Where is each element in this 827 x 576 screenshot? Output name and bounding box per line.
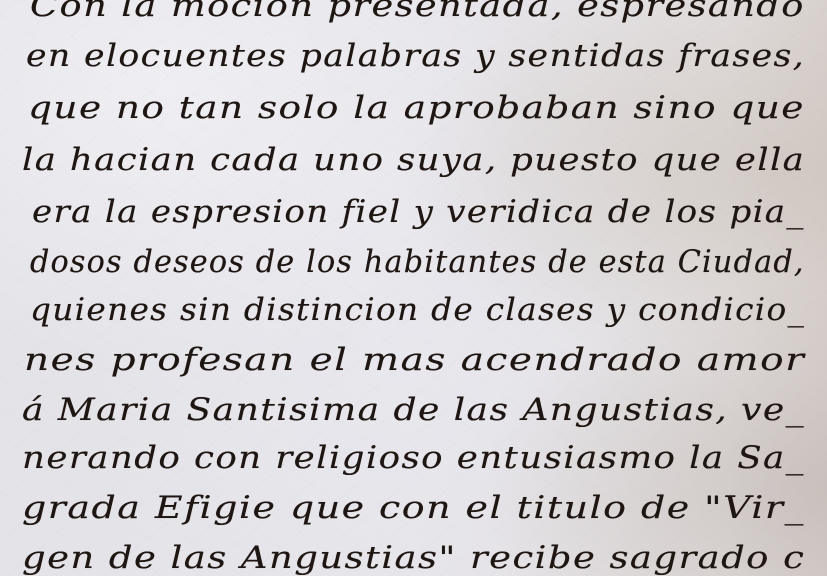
manuscript-line-11: grada Efigie que con el titulo de "Vir_	[22, 490, 805, 526]
manuscript-line-3: que no tan solo la aprobaban sino que	[28, 90, 805, 126]
manuscript-line-10: nerando con religioso entusiasmo la Sa_	[22, 440, 805, 476]
manuscript-page: Con la mocion presentada, espresando en …	[0, 0, 827, 576]
manuscript-line-6: dosos deseos de los habitantes de esta C…	[30, 244, 805, 280]
manuscript-line-9: á Maria Santisima de las Angustias, ve_	[22, 392, 805, 428]
manuscript-line-4: la hacian cada uno suya, puesto que ella	[22, 142, 805, 178]
manuscript-line-5: era la espresion fiel y veridica de los …	[32, 194, 805, 230]
manuscript-line-12: gen de las Angustias" recibe sagrado c	[22, 540, 805, 576]
manuscript-line-8: nes profesan el mas acendrado amor	[24, 342, 805, 378]
manuscript-line-1: Con la mocion presentada, espresando	[30, 0, 805, 24]
manuscript-line-7: quienes sin distincion de clases y condi…	[30, 292, 805, 328]
manuscript-line-2: en elocuentes palabras y sentidas frases…	[26, 38, 805, 74]
